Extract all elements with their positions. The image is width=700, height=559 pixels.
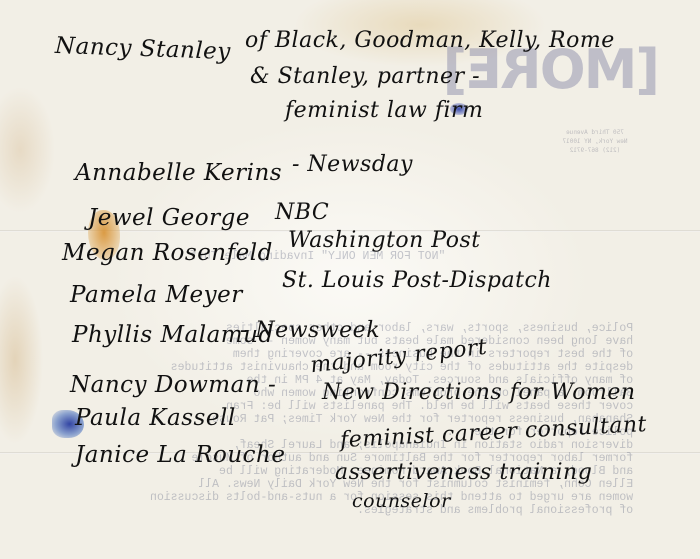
mirrored-letterhead-address: 750 Third Avenue New York, NY 10017 (212… [555,128,635,155]
entry-name: Pamela Meyer [70,282,243,308]
address-line: 750 Third Avenue [555,128,635,137]
scanned-paper: [MORE] 750 Third Avenue New York, NY 100… [0,0,700,559]
entry-name: Nancy Dowman - [70,372,276,398]
entry-affiliation-line: & Stanley, partner - [250,64,480,89]
entry-name: Nancy Stanley [55,33,232,65]
entry-name: Annabelle Kerins [75,160,282,186]
entry-affiliation: - Newsday [292,152,413,177]
entry-affiliation: New Directions for Women [322,380,636,405]
address-line: (212) 867-9712 [555,146,635,155]
entry-name: Jewel George [88,205,250,231]
entry-affiliation-line: feminist law firm [285,98,483,123]
entry-affiliation: of Black, Goodman, Kelly, Rome [245,28,615,53]
entry-affiliation: St. Louis Post-Dispatch [282,268,552,293]
entry-affiliation: - Newsweek [240,318,380,343]
entry-affiliation-line: counselor [352,490,451,512]
entry-affiliation: NBC [275,200,329,225]
entry-name: Megan Rosenfeld [62,240,273,266]
entry-name: Paula Kassell [75,405,236,431]
address-line: New York, NY 10017 [555,137,635,146]
entry-name: Janice La Rouche [75,442,286,468]
entry-affiliation-line: assertiveness training [335,460,592,485]
entry-affiliation: Washington Post [288,228,481,253]
